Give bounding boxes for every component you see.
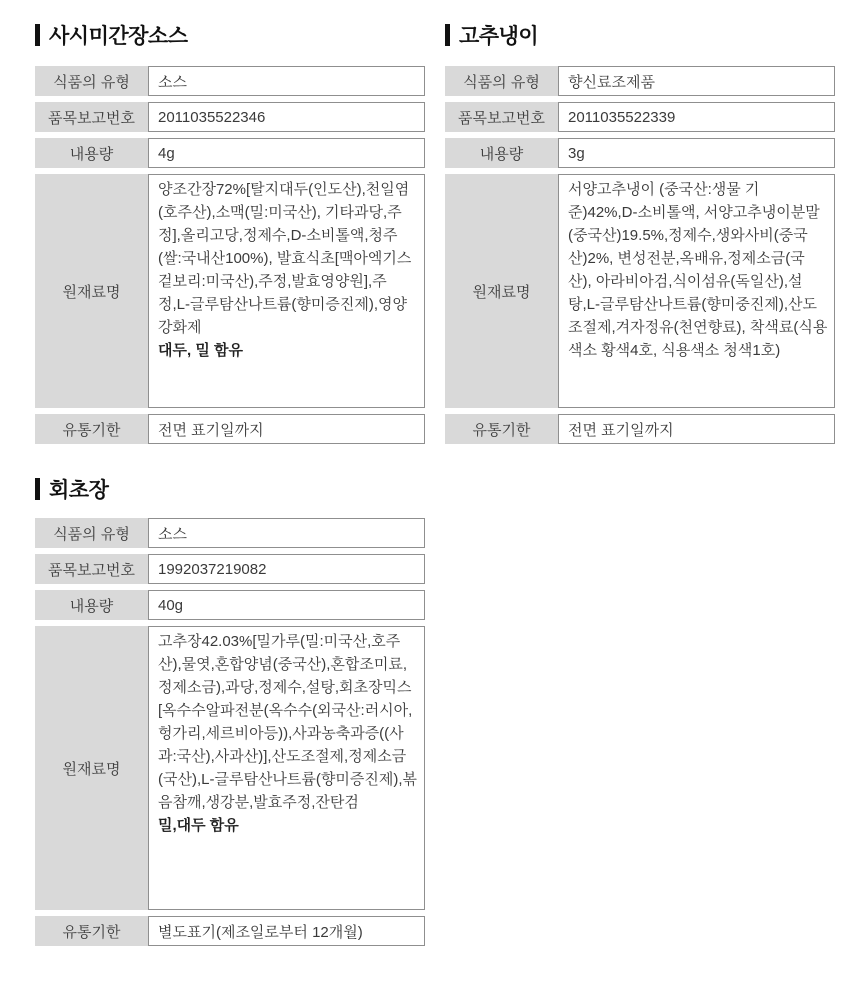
field-value-ingredients: 고추장42.03%[밀가루(밀:미국산,호주산),물엿,혼합양념(중국산),혼합… [148, 626, 425, 910]
field-label-ingredients: 원재료명 [35, 626, 148, 910]
field-value-ingredients: 서양고추냉이 (중국산:생물 기준)42%,D-소비톨액, 서양고추냉이분말 (… [558, 174, 835, 408]
field-label-report-no: 품목보고번호 [35, 102, 148, 132]
field-value-type: 향신료조제품 [558, 66, 835, 96]
field-label-expiry: 유통기한 [35, 414, 148, 444]
field-row-type: 식품의 유형 향신료조제품 [445, 66, 835, 96]
field-label-net-weight: 내용량 [35, 138, 148, 168]
ingredients-text: 고추장42.03%[밀가루(밀:미국산,호주산),물엿,혼합양념(중국산),혼합… [158, 633, 417, 811]
field-value-report-no: 2011035522339 [558, 102, 835, 132]
field-row-net-weight: 내용량 40g [35, 590, 425, 620]
field-value-net-weight: 40g [148, 590, 425, 620]
product-card: 회초장 식품의 유형 소스 품목보고번호 1992037219082 내용량 4… [35, 474, 425, 952]
field-row-expiry: 유통기한 별도표기(제조일로부터 12개월) [35, 916, 425, 946]
field-value-type: 소스 [148, 66, 425, 96]
field-value-ingredients: 양조간장72%[탈지대두(인도산),천일염(호주산),소맥(밀:미국산), 기타… [148, 174, 425, 408]
field-row-ingredients: 원재료명 양조간장72%[탈지대두(인도산),천일염(호주산),소맥(밀:미국산… [35, 174, 425, 408]
field-row-net-weight: 내용량 4g [35, 138, 425, 168]
field-row-ingredients: 원재료명 고추장42.03%[밀가루(밀:미국산,호주산),물엿,혼합양념(중국… [35, 626, 425, 910]
product-title: 고추냉이 [445, 20, 835, 50]
field-row-expiry: 유통기한 전면 표기일까지 [445, 414, 835, 444]
ingredients-text: 양조간장72%[탈지대두(인도산),천일염(호주산),소맥(밀:미국산), 기타… [158, 181, 411, 336]
title-bar-icon [35, 24, 40, 46]
product-card: 고추냉이 식품의 유형 향신료조제품 품목보고번호 2011035522339 … [445, 20, 835, 450]
field-row-report-no: 품목보고번호 2011035522346 [35, 102, 425, 132]
field-label-ingredients: 원재료명 [445, 174, 558, 408]
field-value-expiry: 별도표기(제조일로부터 12개월) [148, 916, 425, 946]
allergen-text: 밀,대두 함유 [158, 814, 418, 837]
field-row-net-weight: 내용량 3g [445, 138, 835, 168]
field-row-report-no: 품목보고번호 1992037219082 [35, 554, 425, 584]
field-row-type: 식품의 유형 소스 [35, 518, 425, 548]
field-value-expiry: 전면 표기일까지 [558, 414, 835, 444]
title-bar-icon [35, 478, 40, 500]
field-value-expiry: 전면 표기일까지 [148, 414, 425, 444]
product-card: 사시미간장소스 식품의 유형 소스 품목보고번호 2011035522346 내… [35, 20, 425, 450]
field-label-expiry: 유통기한 [445, 414, 558, 444]
product-title-text: 회초장 [49, 474, 108, 504]
product-title: 사시미간장소스 [35, 20, 425, 50]
field-label-type: 식품의 유형 [445, 66, 558, 96]
product-title-text: 사시미간장소스 [49, 20, 188, 50]
field-row-type: 식품의 유형 소스 [35, 66, 425, 96]
field-row-ingredients: 원재료명 서양고추냉이 (중국산:생물 기준)42%,D-소비톨액, 서양고추냉… [445, 174, 835, 408]
field-label-ingredients: 원재료명 [35, 174, 148, 408]
allergen-text: 대두, 밀 함유 [158, 339, 418, 362]
field-label-net-weight: 내용량 [445, 138, 558, 168]
field-label-report-no: 품목보고번호 [445, 102, 558, 132]
field-value-net-weight: 4g [148, 138, 425, 168]
field-label-type: 식품의 유형 [35, 66, 148, 96]
ingredients-text: 서양고추냉이 (중국산:생물 기준)42%,D-소비톨액, 서양고추냉이분말 (… [568, 181, 827, 359]
field-value-net-weight: 3g [558, 138, 835, 168]
field-value-type: 소스 [148, 518, 425, 548]
field-value-report-no: 1992037219082 [148, 554, 425, 584]
field-label-report-no: 품목보고번호 [35, 554, 148, 584]
field-value-report-no: 2011035522346 [148, 102, 425, 132]
product-title-text: 고추냉이 [459, 20, 538, 50]
field-label-type: 식품의 유형 [35, 518, 148, 548]
field-label-expiry: 유통기한 [35, 916, 148, 946]
field-label-net-weight: 내용량 [35, 590, 148, 620]
field-row-expiry: 유통기한 전면 표기일까지 [35, 414, 425, 444]
field-row-report-no: 품목보고번호 2011035522339 [445, 102, 835, 132]
title-bar-icon [445, 24, 450, 46]
product-title: 회초장 [35, 474, 425, 504]
